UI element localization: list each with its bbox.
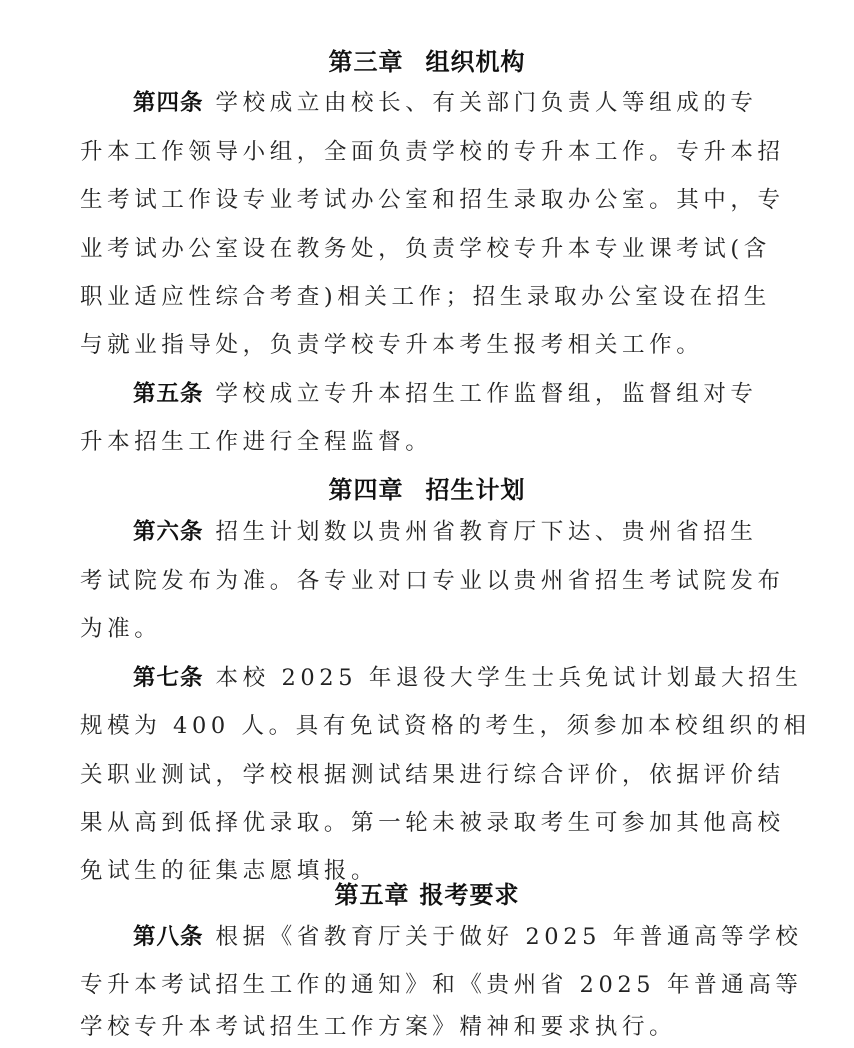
article-line: 职业适应性综合考查)相关工作；招生录取办公室设在招生: [80, 282, 780, 312]
article-line: 生考试工作设专业考试办公室和招生录取办公室。其中，专: [80, 185, 780, 215]
article-line: 升本工作领导小组，全面负责学校的专升本工作。专升本招: [80, 137, 780, 167]
chapter-number: 第四章: [329, 476, 404, 504]
chapter-number: 第三章: [329, 48, 404, 76]
chapter-title: 组织机构: [426, 48, 526, 76]
article-text: 学校成立专升本招生工作监督组，监督组对专: [216, 381, 758, 407]
chapter-heading: 第四章招生计划: [0, 470, 854, 505]
article-line: 果从高到低择优录取。第一轮未被录取考生可参加其他高校: [80, 808, 780, 838]
article-line: 关职业测试，学校根据测试结果进行综合评价，依据评价结: [80, 760, 780, 790]
article-line: 规模为 400 人。具有免试资格的考生，须参加本校组织的相: [80, 711, 780, 741]
article-line: 第五条学校成立专升本招生工作监督组，监督组对专: [133, 379, 833, 409]
chapter-title: 招生计划: [426, 476, 526, 504]
article-line: 专升本考试招生工作的通知》和《贵州省 2025 年普通高等: [80, 970, 780, 1000]
chapter-heading: 第三章组织机构: [0, 42, 854, 77]
article-text: 根据《省教育厅关于做好 2025 年普通高等学校: [216, 924, 803, 950]
article-line: 与就业指导处，负责学校专升本考生报考相关工作。: [80, 330, 780, 360]
chapter-number: 第五章: [335, 881, 410, 909]
article-line: 升本招生工作进行全程监督。: [80, 427, 780, 457]
article-text: 招生计划数以贵州省教育厅下达、贵州省招生: [216, 519, 758, 545]
document-page: 第三章组织机构 第四条学校成立由校长、有关部门负责人等组成的专 升本工作领导小组…: [0, 0, 854, 1048]
article-line: 第七条本校 2025 年退役大学生士兵免试计划最大招生: [133, 663, 833, 693]
article-label: 第五条: [133, 381, 204, 407]
article-label: 第八条: [133, 924, 204, 950]
chapter-title: 报考要求: [420, 881, 520, 909]
article-label: 第四条: [133, 90, 204, 116]
article-line: 考试院发布为准。各专业对口专业以贵州省招生考试院发布: [80, 566, 780, 596]
article-text: 本校 2025 年退役大学生士兵免试计划最大招生: [216, 665, 803, 691]
article-line: 业考试办公室设在教务处，负责学校专升本专业课考试(含: [80, 234, 780, 264]
article-line: 第四条学校成立由校长、有关部门负责人等组成的专: [133, 88, 833, 118]
article-text: 学校成立由校长、有关部门负责人等组成的专: [216, 90, 758, 116]
article-line: 第六条招生计划数以贵州省教育厅下达、贵州省招生: [133, 517, 833, 547]
article-line: 第八条根据《省教育厅关于做好 2025 年普通高等学校: [133, 922, 833, 952]
chapter-heading: 第五章报考要求: [0, 875, 854, 910]
article-line: 学校专升本考试招生工作方案》精神和要求执行。: [80, 1012, 780, 1042]
article-label: 第七条: [133, 665, 204, 691]
article-line: 为准。: [80, 614, 780, 644]
article-label: 第六条: [133, 519, 204, 545]
